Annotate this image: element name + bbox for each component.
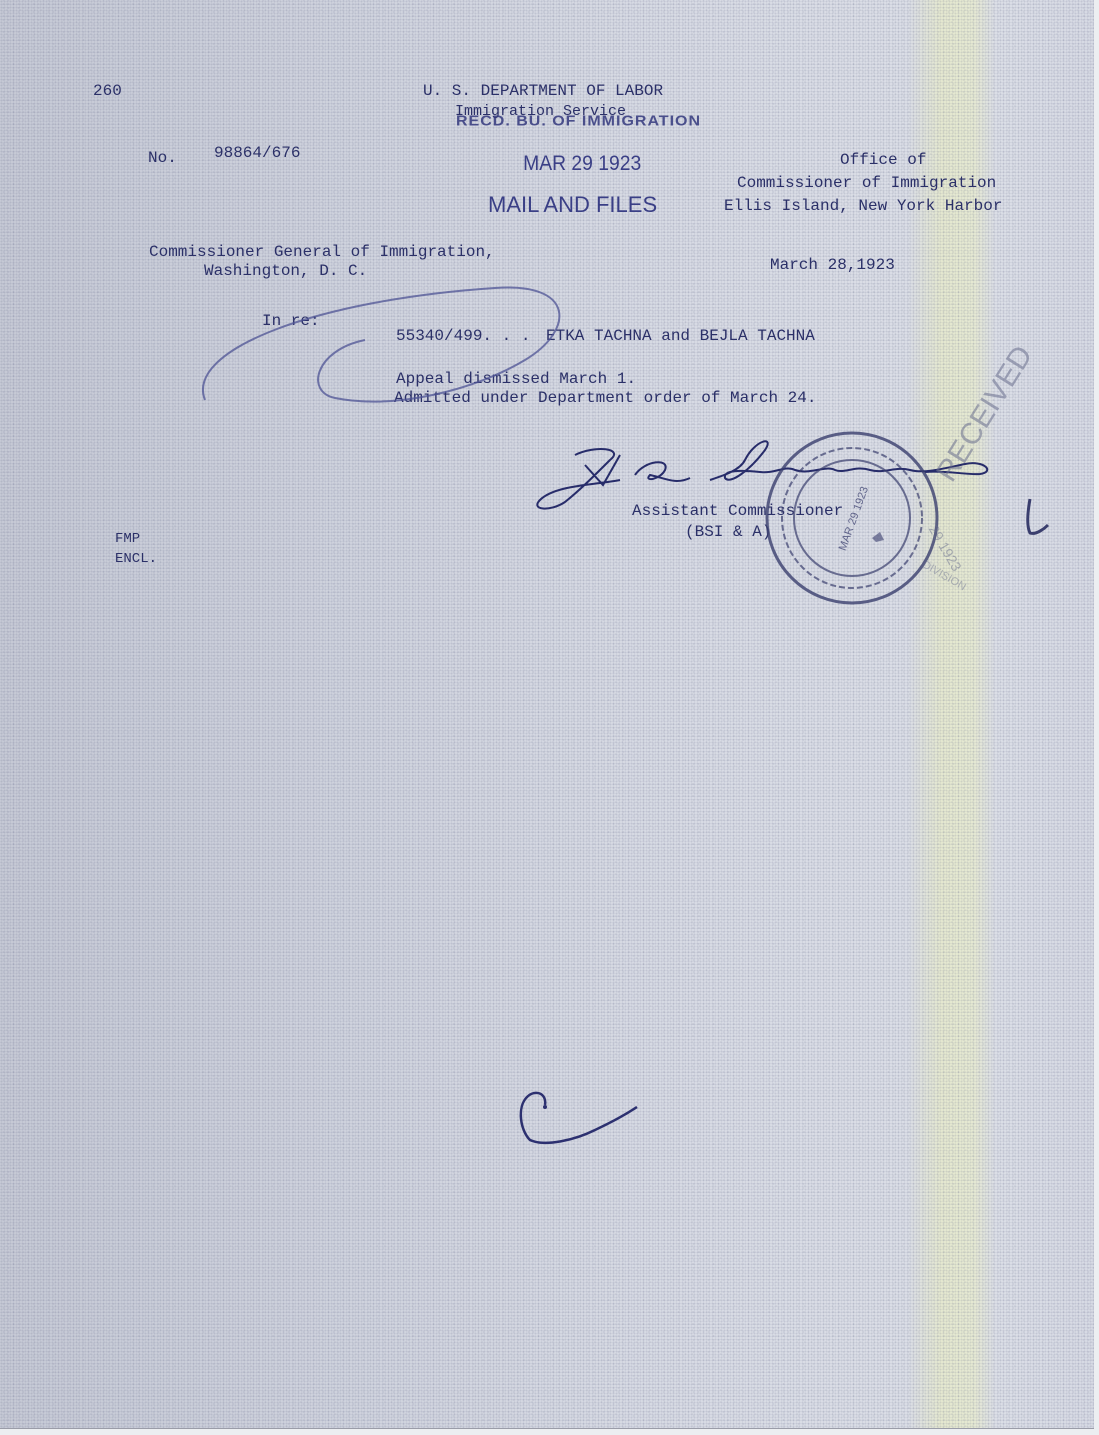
handwritten-l-mark xyxy=(1018,495,1058,545)
received-stamp-footer: MAIL AND FILES xyxy=(488,192,657,218)
file-number-label: No. xyxy=(148,149,177,167)
office-line-1: Office of xyxy=(840,151,926,169)
letter-date: March 28,1923 xyxy=(770,256,895,274)
svg-text:MAR 29 1923: MAR 29 1923 xyxy=(837,485,871,552)
typist-initials: FMP xyxy=(115,530,140,548)
handwritten-c-mark xyxy=(515,1085,645,1165)
signature-dept: (BSI & A) xyxy=(685,523,771,541)
document-page: 260 U. S. DEPARTMENT OF LABOR Immigratio… xyxy=(0,0,1094,1429)
round-postmark-stamp: MAR 29 1923 xyxy=(762,428,942,608)
recipient-line-1: Commissioner General of Immigration, xyxy=(149,243,495,261)
letterhead-department: U. S. DEPARTMENT OF LABOR xyxy=(423,82,663,100)
office-line-2: Commissioner of Immigration xyxy=(737,174,996,192)
enclosure-note: ENCL. xyxy=(115,550,157,568)
received-stamp-header: RECD. BU. OF IMMIGRATION xyxy=(456,114,701,130)
file-number: 98864/676 xyxy=(214,144,300,162)
received-stamp-date: MAR 29 1923 xyxy=(523,152,641,176)
recipient-line-2: Washington, D. C. xyxy=(204,262,367,280)
pencil-oval-mark xyxy=(195,280,595,420)
office-line-3: Ellis Island, New York Harbor xyxy=(724,197,1002,215)
page-number: 260 xyxy=(93,82,122,100)
